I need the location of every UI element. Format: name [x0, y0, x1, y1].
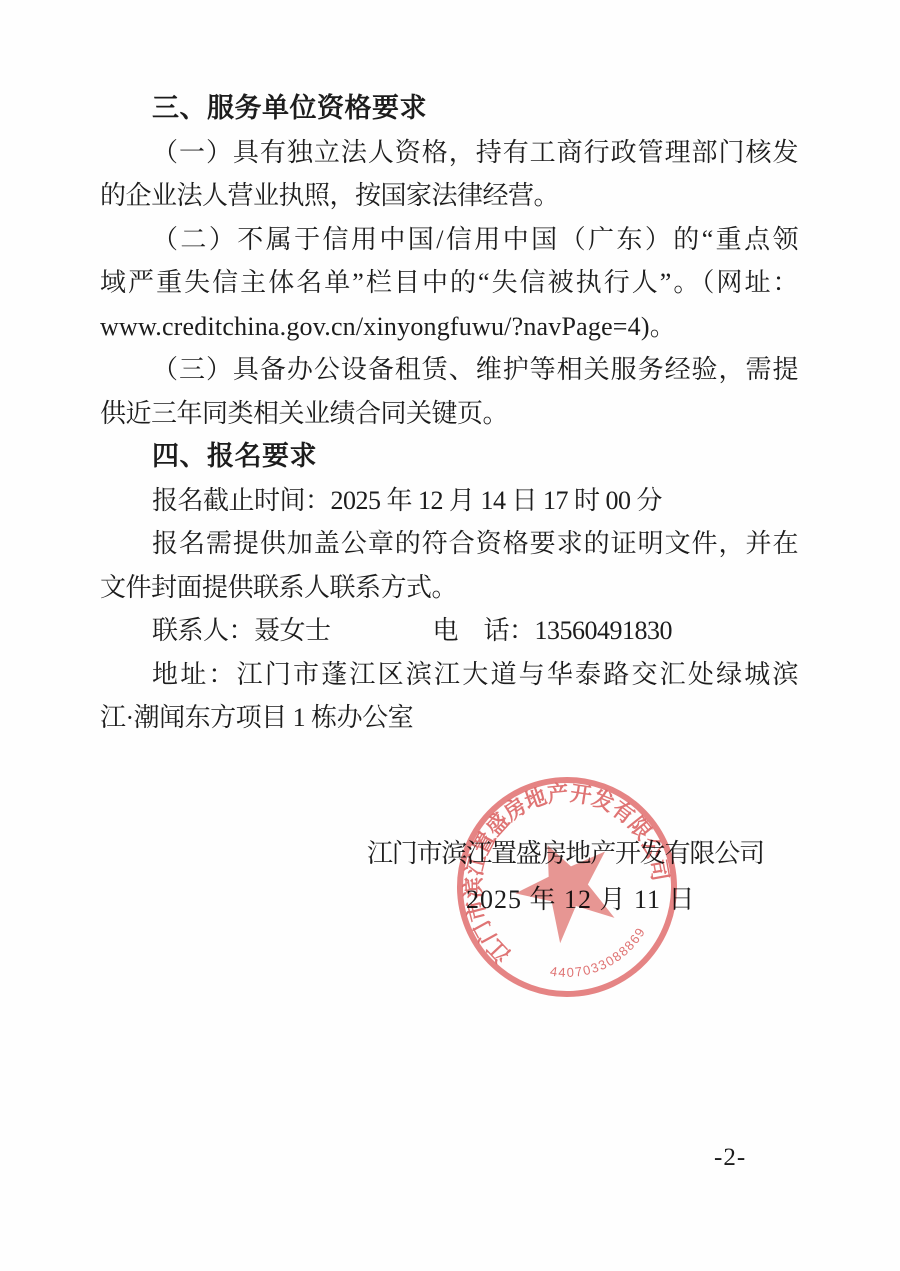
- doc-line-address: 地址：江门市蓬江区滨江大道与华泰路交汇处绿城滨: [100, 653, 798, 697]
- seal-group: 江门市滨江置盛房地产开发有限公司 4407033088869: [435, 755, 699, 1019]
- doc-line: （二）不属于信用中国/信用中国（广东）的“重点领: [100, 218, 798, 262]
- doc-line-url: www.creditchina.gov.cn/xinyongfuwu/?navP…: [100, 305, 798, 349]
- doc-line: （三）具备办公设备租赁、维护等相关服务经验，需提: [100, 348, 798, 392]
- doc-line: 供近三年同类相关业绩合同关键页。: [100, 392, 798, 436]
- doc-line: 江·潮闻东方项目 1 栋办公室: [100, 696, 798, 740]
- doc-line: （一）具有独立法人资格，持有工商行政管理部门核发: [100, 131, 798, 175]
- document-page: 三、服务单位资格要求 （一）具有独立法人资格，持有工商行政管理部门核发 的企业法…: [0, 0, 900, 1271]
- section-heading-4: 四、报名要求: [100, 435, 798, 479]
- doc-line-contact: 联系人：聂女士 电 话：13560491830: [100, 609, 798, 653]
- document-body: 三、服务单位资格要求 （一）具有独立法人资格，持有工商行政管理部门核发 的企业法…: [100, 87, 798, 740]
- doc-line: 文件封面提供联系人联系方式。: [100, 566, 798, 610]
- section-heading-3: 三、服务单位资格要求: [100, 87, 798, 131]
- doc-line: 报名需提供加盖公章的符合资格要求的证明文件，并在: [100, 522, 798, 566]
- company-seal-stamp: 江门市滨江置盛房地产开发有限公司 4407033088869: [435, 755, 699, 1019]
- doc-line: 域严重失信主体名单”栏目中的“失信被执行人”。（网址：: [100, 261, 798, 305]
- doc-line-deadline: 报名截止时间：2025 年 12 月 14 日 17 时 00 分: [100, 479, 798, 523]
- seal-star-icon: [503, 824, 632, 951]
- doc-line: 的企业法人营业执照，按国家法律经营。: [100, 174, 798, 218]
- page-number: -2-: [714, 1144, 746, 1172]
